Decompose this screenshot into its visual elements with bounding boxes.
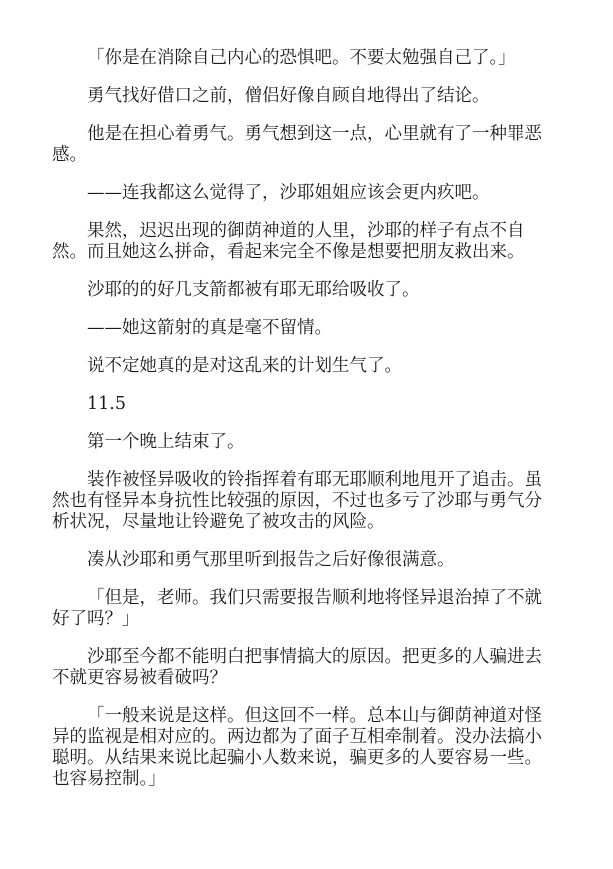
paragraph: 凑从沙耶和勇气那里听到报告之后好像很满意。 — [52, 550, 557, 571]
dialogue-paragraph: 「但是，老师。我们只需要报告顺利地将怪异退治掉了不就好了吗？」 — [52, 588, 557, 630]
document-page: 「你是在消除自己内心的恐惧吧。不要太勉强自己了。」 勇气找好借口之前，僧侣好像自… — [52, 48, 557, 807]
paragraph: 第一个晚上结束了。 — [52, 432, 557, 453]
paragraph: 沙耶的的好几支箭都被有耶无耶给吸收了。 — [52, 280, 557, 301]
paragraph: ——她这箭射的真是毫不留情。 — [52, 318, 557, 339]
paragraph: 他是在担心着勇气。勇气想到这一点，心里就有了一种罪恶感。 — [52, 124, 557, 166]
paragraph: 装作被怪异吸收的铃指挥着有耶无耶顺利地甩开了追击。虽然也有怪异本身抗性比较强的原… — [52, 470, 557, 533]
paragraph: 说不定她真的是对这乱来的计划生气了。 — [52, 356, 557, 377]
dialogue-paragraph: 「一般来说是这样。但这回不一样。总本山与御荫神道对怪异的监视是相对应的。两边都为… — [52, 706, 557, 790]
paragraph: 勇气找好借口之前，僧侣好像自顾自地得出了结论。 — [52, 86, 557, 107]
paragraph: 沙耶至今都不能明白把事情搞大的原因。把更多的人骗进去不就更容易被看破吗？ — [52, 647, 557, 689]
paragraph: 「你是在消除自己内心的恐惧吧。不要太勉强自己了。」 — [52, 48, 557, 69]
paragraph: ——连我都这么觉得了，沙耶姐姐应该会更内疚吧。 — [52, 183, 557, 204]
section-number: 11.5 — [52, 394, 557, 415]
paragraph: 果然，迟迟出现的御荫神道的人里，沙耶的样子有点不自然。而且她这么拼命，看起来完全… — [52, 221, 557, 263]
